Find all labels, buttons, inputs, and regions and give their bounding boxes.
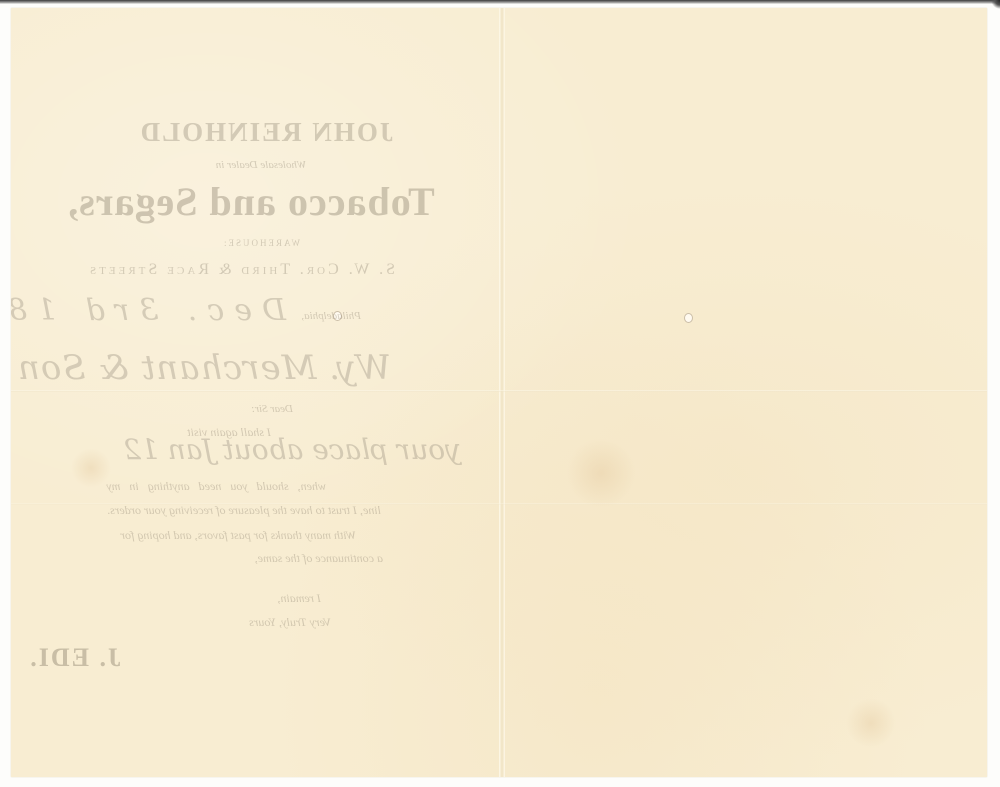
paragraph-1-cont: when, should you need anything in my xyxy=(106,479,326,494)
warehouse-label: WAREHOUSE: xyxy=(161,238,361,248)
paper-stain xyxy=(566,438,636,508)
handwritten-body: your place about Jan 12 xyxy=(123,433,461,466)
scan-corner-shadow xyxy=(986,0,1000,14)
letter-sheet: JOHN REINHOLD Wholesale Dealer in Tobacc… xyxy=(11,8,987,777)
show-through-print: JOHN REINHOLD Wholesale Dealer in Tobacc… xyxy=(31,103,501,663)
signature: J. EDI. xyxy=(28,643,121,673)
pinhole xyxy=(684,313,693,323)
closing-line: Very Truly, Yours xyxy=(249,615,331,630)
remain-line: I remain, xyxy=(277,591,321,606)
letterhead-address: S. W. Cor. Third & Race Streets xyxy=(51,261,431,279)
scan-top-edge xyxy=(0,0,1000,4)
handwritten-date: Dec. 3rd 1869 xyxy=(11,293,286,328)
handwritten-addressee: Wy. Merchant & Son xyxy=(17,348,391,388)
letterhead-headline: Tobacco and Segars, xyxy=(31,178,471,225)
paragraph-2-end: a continuance of the same, xyxy=(255,551,383,566)
paragraph-1-end: line, I trust to have the pleasure of re… xyxy=(107,503,381,518)
date-city: Philadelphia, xyxy=(301,310,361,322)
paper-stain xyxy=(846,698,896,748)
paragraph-2-start: With many thanks for past favors, and ho… xyxy=(120,528,356,543)
salutation: Dear Sir: xyxy=(251,403,293,415)
letterhead-subtitle: Wholesale Dealer in xyxy=(161,159,361,171)
letterhead-name: JOHN REINHOLD xyxy=(76,117,456,148)
